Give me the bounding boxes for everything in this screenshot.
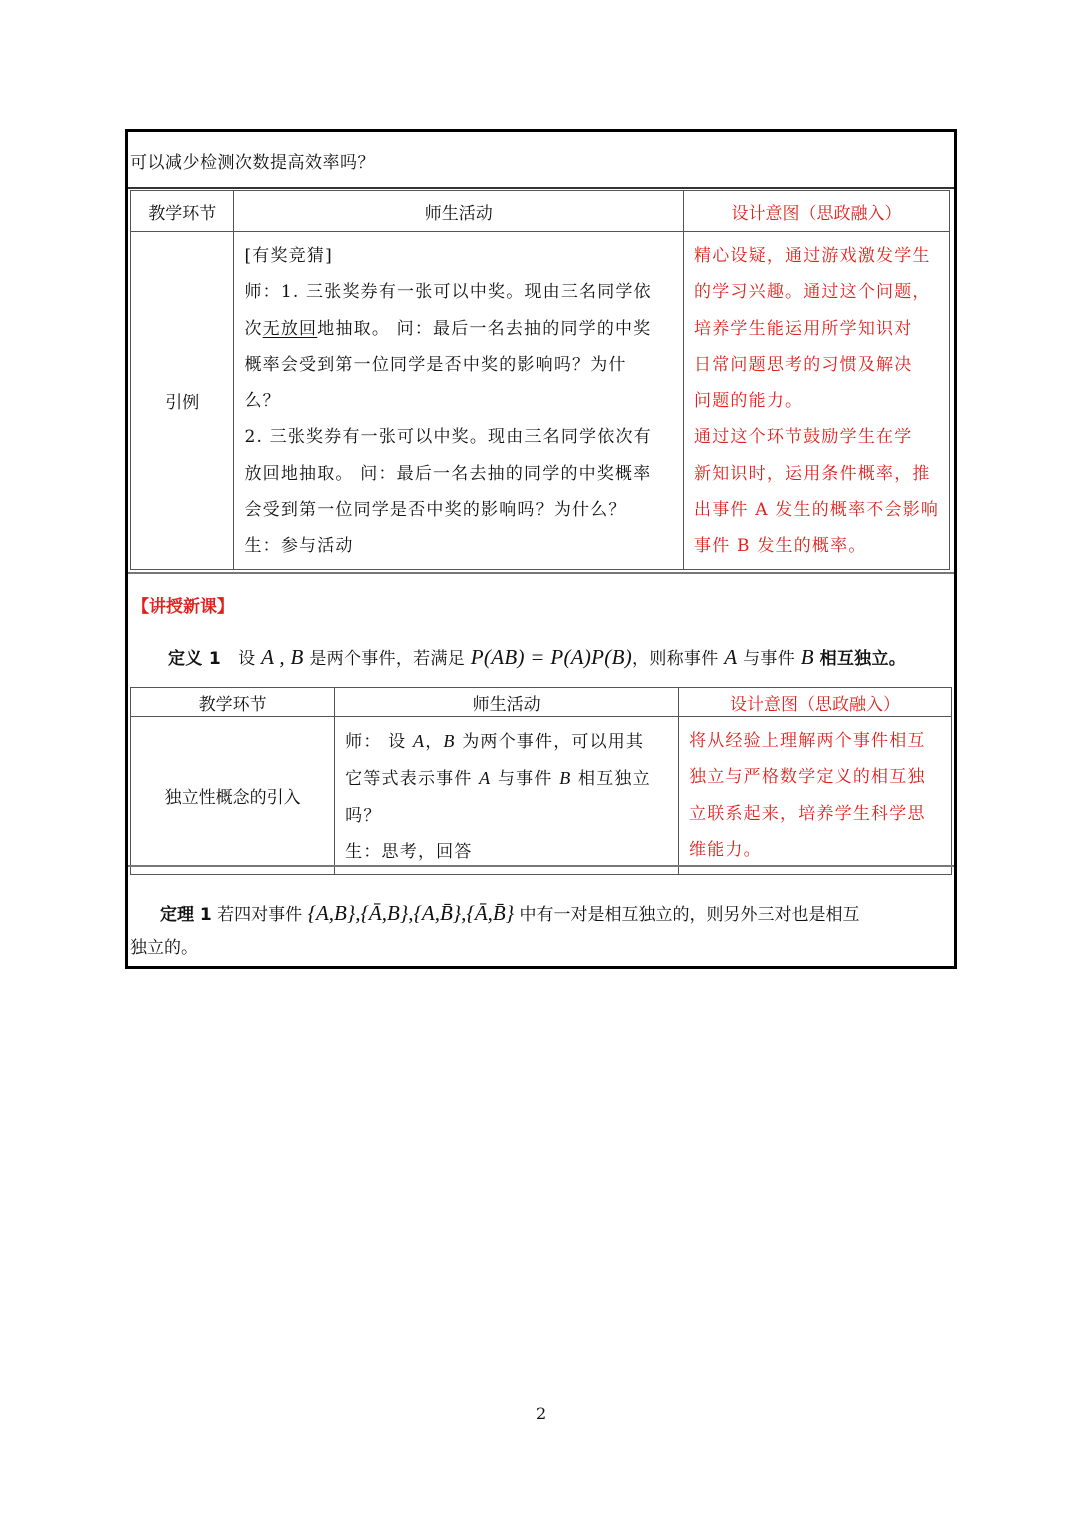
stage-cell: 引例 (130, 232, 234, 570)
text-span: 是两个事件，若满足 (309, 649, 465, 669)
math-event-pairs: {A,B},{Ā,B},{A,B̄},{Ā,B̄} (308, 901, 515, 925)
activity-line: 么？ (244, 383, 675, 419)
divider (128, 187, 954, 189)
text-span: 次 (244, 319, 262, 339)
table-header-row: 教学环节 师生活动 设计意图（思政融入） (130, 687, 952, 717)
definition-conclusion: 相互独立。 (820, 649, 907, 669)
text-span: 中有一对是相互独立的，则另外三对也是相互 (520, 905, 860, 925)
intent-line: 通过这个环节鼓励学生在学 (694, 419, 941, 455)
intent-cell: 精心设疑，通过游戏激发学生 的学习兴趣。通过这个问题， 培养学生能运用所学知识对… (684, 232, 950, 570)
activity-line: 吗？ (345, 798, 670, 834)
text-span: 师： 设 (345, 732, 406, 752)
intent-line: 将从经验上理解两个事件相互 (689, 723, 943, 759)
lesson-table-example: 教学环节 师生活动 设计意图（思政融入） 引例 [有奖竞猜] 师：1. 三张奖券… (130, 190, 950, 570)
text-span: 若四对事件 (217, 905, 302, 925)
stage-cell: 独立性概念的引入 (130, 717, 335, 875)
text-span: ， (425, 732, 443, 752)
intent-line: 日常问题思考的习惯及解决 (694, 347, 941, 383)
math-var: A (724, 645, 737, 669)
page-number: 2 (536, 1404, 546, 1423)
theorem-line: 定理 1 若四对事件 {A,B},{Ā,B},{A,B̄},{Ā,B̄} 中有一… (130, 897, 952, 932)
activity-line: 2. 三张奖券有一张可以中奖。现由三名同学依次有 (244, 419, 675, 455)
math-var: A , B (261, 645, 304, 669)
underlined-text: 无放回 (263, 319, 318, 339)
text-span: 与事件 (743, 649, 795, 669)
theorem-line: 独立的。 (130, 932, 952, 965)
math-var: B (801, 645, 814, 669)
math-var: B (443, 731, 455, 751)
header-teaching-stage: 教学环节 (130, 687, 335, 717)
intent-line: 的学习兴趣。通过这个问题， (694, 274, 941, 310)
math-var: A (413, 731, 425, 751)
activity-line: 次无放回地抽取。 问：最后一名去抽的同学的中奖 (244, 311, 675, 347)
activity-line: 它等式表示事件 A 与事件 B 相互独立 (345, 760, 670, 797)
intent-line: 事件 B 发生的概率。 (694, 528, 941, 564)
table-header-row: 教学环节 师生活动 设计意图（思政融入） (130, 190, 950, 232)
intent-line: 问题的能力。 (694, 383, 941, 419)
intent-line: 新知识时，运用条件概率，推 (694, 456, 941, 492)
definition-1: 定义 1 设 A , B 是两个事件，若满足 P(AB) = P(A)P(B)，… (168, 644, 906, 670)
intent-line: 维能力。 (689, 832, 943, 868)
header-design-intent: 设计意图（思政融入） (679, 687, 952, 717)
intent-line: 培养学生能运用所学知识对 (694, 311, 941, 347)
lesson-plan-frame: 可以减少检测次数提高效率吗？ 教学环节 师生活动 设计意图（思政融入） 引例 [… (125, 129, 957, 969)
divider (128, 865, 954, 867)
text-span: 为两个事件，可以用其 (462, 732, 644, 752)
text-span: 设 (238, 649, 255, 669)
table-row: 独立性概念的引入 师： 设 A，B 为两个事件，可以用其 它等式表示事件 A 与… (130, 717, 952, 875)
header-activity: 师生活动 (234, 190, 684, 232)
math-formula: P(AB) = P(A)P(B) (471, 645, 632, 669)
intent-line: 精心设疑，通过游戏激发学生 (694, 238, 941, 274)
divider (128, 572, 954, 574)
text-span: 地抽取。 问：最后一名去抽的同学的中奖 (317, 319, 651, 339)
header-design-intent: 设计意图（思政融入） (684, 190, 950, 232)
activity-cell: 师： 设 A，B 为两个事件，可以用其 它等式表示事件 A 与事件 B 相互独立… (335, 717, 679, 875)
activity-cell: [有奖竞猜] 师：1. 三张奖券有一张可以中奖。现由三名同学依 次无放回地抽取。… (234, 232, 684, 570)
text-span: 相互独立 (578, 769, 651, 789)
activity-line: 放回地抽取。 问：最后一名去抽的同学的中奖概率 (244, 456, 675, 492)
intent-line: 出事件 A 发生的概率不会影响 (694, 492, 941, 528)
definition-label: 定义 1 (168, 649, 221, 669)
intent-line: 独立与严格数学定义的相互独 (689, 759, 943, 795)
math-var: A (479, 768, 491, 788)
header-teaching-stage: 教学环节 (130, 190, 234, 232)
activity-line: 生：参与活动 (244, 528, 675, 564)
theorem-label: 定理 1 (160, 905, 212, 925)
activity-line: 概率会受到第一位同学是否中奖的影响吗？为什 (244, 347, 675, 383)
table-row: 引例 [有奖竞猜] 师：1. 三张奖券有一张可以中奖。现由三名同学依 次无放回地… (130, 232, 950, 570)
math-var: B (559, 768, 571, 788)
activity-line: 师： 设 A，B 为两个事件，可以用其 (345, 723, 670, 760)
document-page: 可以减少检测次数提高效率吗？ 教学环节 师生活动 设计意图（思政融入） 引例 [… (0, 0, 1080, 1527)
text-span: 与事件 (498, 769, 553, 789)
activity-line: [有奖竞猜] (244, 238, 675, 274)
header-activity: 师生活动 (335, 687, 679, 717)
activity-line: 会受到第一位同学是否中奖的影响吗？为什么？ (244, 492, 675, 528)
intent-cell: 将从经验上理解两个事件相互 独立与严格数学定义的相互独 立联系起来，培养学生科学… (679, 717, 952, 875)
intent-line: 立联系起来，培养学生科学思 (689, 796, 943, 832)
activity-line: 师：1. 三张奖券有一张可以中奖。现由三名同学依 (244, 274, 675, 310)
theorem-1: 定理 1 若四对事件 {A,B},{Ā,B},{A,B̄},{Ā,B̄} 中有一… (130, 897, 952, 965)
text-span: ，则称事件 (632, 649, 719, 669)
section-title: 【讲授新课】 (132, 592, 234, 617)
intro-question: 可以减少检测次数提高效率吗？ (130, 148, 375, 173)
text-span: 它等式表示事件 (345, 769, 472, 789)
lesson-table-independence: 教学环节 师生活动 设计意图（思政融入） 独立性概念的引入 师： 设 A，B 为… (130, 687, 952, 875)
